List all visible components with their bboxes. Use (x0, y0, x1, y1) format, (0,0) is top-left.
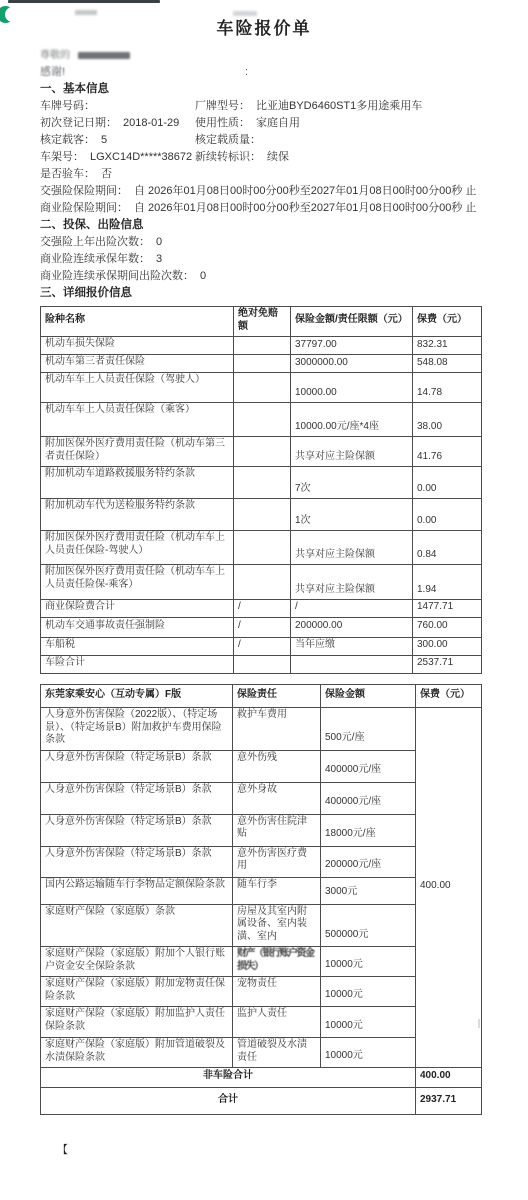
greeting-salutation: 尊敬的 (40, 47, 70, 64)
table-row: 家庭财产保险（家庭版）附加管道破裂及水渍保险条款管道破裂及水渍责任10000元 (41, 1038, 482, 1068)
amount: 共享对应主险保额 (291, 531, 413, 565)
compulsory-period-row: 交强险保险期间： 自 2026年01月08日00时00分00秒至2027年01月… (40, 183, 488, 200)
table-row: 附加医保外医疗费用责任险（机动车车上人员责任保险-驾驶人）共享对应主险保额0.8… (41, 531, 482, 565)
fee: 14.78 (413, 373, 482, 403)
amount: 400000元/座 (321, 782, 416, 814)
non-vehicle-subtotal-row: 非车险合计 400.00 (41, 1068, 482, 1088)
coverage-name: 附加机动车代为送检服务特约条款 (41, 499, 234, 531)
field-label: 交强险上年出险次数： (40, 234, 150, 251)
scan-smudge-bar (8, 0, 160, 3)
col-header-fee: 保费（元） (413, 307, 482, 337)
coverage-name: 车险合计 (41, 656, 234, 674)
deductible: / (234, 618, 291, 638)
field-label: 车架号： (40, 149, 84, 166)
table-row: 人身意外伤害保险（特定场景B）条款意外身故400000元/座 (41, 782, 482, 814)
table-row: 人身意外伤害保险（特定场景B）条款意外伤害医疗费用200000元/座 (41, 846, 482, 877)
table-row: 人身意外伤害保险（特定场景B）条款意外伤残400000元/座 (41, 750, 482, 782)
claims-row: 交强险上年出险次数： 0 (40, 234, 488, 251)
coverage-name: 机动车第三者责任保险 (41, 355, 234, 373)
table-row: 车船税/当年应缴300.00 (41, 638, 482, 656)
field-value: 2018-01-29 (123, 115, 179, 132)
amount: 10000元 (321, 1038, 416, 1068)
field-value: 续保 (267, 149, 289, 166)
commercial-period-row: 商业险保险期间： 自 2026年01月08日00时00分00秒至2027年01月… (40, 200, 488, 217)
field-value: 3 (156, 251, 162, 268)
field-value: 0 (200, 268, 206, 285)
clause-name: 国内公路运输随车行李物品定额保险条款 (41, 877, 233, 904)
scan-smudge-blob (233, 11, 257, 16)
section-quote-detail-title: 三、详细报价信息 (40, 285, 488, 302)
deductible (234, 437, 291, 467)
clause-name: 家庭财产保险（家庭版）条款 (41, 904, 233, 947)
field-label: 初次登记日期： (40, 115, 117, 132)
clause-name: 家庭财产保险（家庭版）附加个人银行账户资金安全保险条款 (41, 947, 233, 977)
table-row: 机动车车上人员责任保险（驾驶人）10000.0014.78 (41, 373, 482, 403)
basic-info-row: 车牌号码： 厂牌型号：比亚迪BYD6460ST1多用途乘用车 (40, 98, 488, 115)
field-value: 自 2026年01月08日00时00分00秒至2027年01月08日00时00分… (134, 183, 476, 200)
field-label: 商业险连续承保期间出险次数： (40, 268, 194, 285)
field-label: 核定载质量： (195, 132, 261, 149)
liability: 意外伤残 (233, 750, 321, 782)
table-row: 家庭财产保险（家庭版）附加宠物责任保险条款宠物责任10000元 (41, 977, 482, 1007)
amount: 18000元/座 (321, 814, 416, 846)
liability: 意外身故 (233, 782, 321, 814)
liability: 随车行李 (233, 877, 321, 904)
fee: 300.00 (413, 638, 482, 656)
fee: 1477.71 (413, 600, 482, 618)
greeting-line: 尊敬的 (40, 47, 488, 64)
liability: 监护人责任 (233, 1007, 321, 1038)
stray-colon: : (245, 64, 248, 81)
amount: 1次 (291, 499, 413, 531)
footer-bracket-mark: 【 (57, 1141, 488, 1157)
table-row: 家庭财产保险（家庭版）附加个人银行账户资金安全保险条款财产（银行账户资金损失）1… (41, 947, 482, 977)
basic-info-row: 初次登记日期：2018-01-29 使用性质：家庭自用 (40, 115, 488, 132)
liability: 房屋及其室内附属设备、室内装潢、室内 (233, 904, 321, 947)
field-label: 是否验车： (40, 166, 95, 183)
table-row: 家庭财产保险（家庭版）条款房屋及其室内附属设备、室内装潢、室内500000元 (41, 904, 482, 947)
col-header-name: 险种名称 (41, 307, 234, 337)
fee: 548.08 (413, 355, 482, 373)
clause-name: 家庭财产保险（家庭版）附加宠物责任保险条款 (41, 977, 233, 1007)
deductible (234, 499, 291, 531)
field-label: 商业险连续承保年数： (40, 251, 150, 268)
clause-name: 人身意外伤害保险（特定场景B）条款 (41, 846, 233, 877)
amount: 共享对应主险保额 (291, 565, 413, 600)
coverage-name: 机动车损失保险 (41, 337, 234, 355)
table-row: 机动车第三者责任保险3000000.00548.08 (41, 355, 482, 373)
amount: 3000000.00 (291, 355, 413, 373)
fee-total-merged: 400.00 (416, 708, 482, 1068)
amount: 10000元 (321, 977, 416, 1007)
amount (291, 656, 413, 674)
scan-smudge-blob (75, 10, 97, 15)
amount: 37797.00 (291, 337, 413, 355)
liability: 意外伤害医疗费用 (233, 846, 321, 877)
deductible (234, 467, 291, 499)
liability: 宠物责任 (233, 977, 321, 1007)
fee: 0.84 (413, 531, 482, 565)
table-row: 国内公路运输随车行李物品定额保险条款随车行李3000元 (41, 877, 482, 904)
liability: 财产（银行账户资金损失） (233, 947, 321, 977)
table-header-row: 东莞家乘安心（互动专属）F版 保险责任 保险金额 保费（元） (41, 685, 482, 708)
section-claims-info-title: 二、投保、出险信息 (40, 217, 488, 234)
amount: 10000.00元/座*4座 (291, 403, 413, 437)
deductible (234, 373, 291, 403)
field-value: 否 (101, 166, 112, 183)
col-header-product: 东莞家乘安心（互动专属）F版 (41, 685, 233, 708)
amount: / (291, 600, 413, 618)
coverage-name: 附加医保外医疗费用责任险（机动车第三者责任保险） (41, 437, 234, 467)
deductible (234, 355, 291, 373)
field-label: 使用性质： (195, 115, 250, 132)
col-header-deductible: 绝对免赔额 (234, 307, 291, 337)
clause-name: 家庭财产保险（家庭版）附加管道破裂及水渍保险条款 (41, 1038, 233, 1068)
coverage-name: 附加医保外医疗费用责任险（机动车车上人员责任险保-乘客） (41, 565, 234, 600)
grand-total-row: 合计 2937.71 (41, 1088, 482, 1115)
deductible (234, 403, 291, 437)
deductible (234, 565, 291, 600)
amount: 10000元 (321, 947, 416, 977)
clause-name: 人身意外伤害保险（2022版）、（特定场景）、（特定场景B）附加救护车费用保险条… (41, 708, 233, 751)
thanks-line: 感谢! : (40, 64, 488, 81)
deductible (234, 656, 291, 674)
table-row: 附加医保外医疗费用责任险（机动车第三者责任保险）共享对应主险保额41.76 (41, 437, 482, 467)
col-header-fee: 保费（元） (416, 685, 482, 708)
fee: 41.76 (413, 437, 482, 467)
scan-artifact (478, 1019, 480, 1028)
subtotal-value: 400.00 (416, 1068, 482, 1088)
fee: 38.00 (413, 403, 482, 437)
table-row: 附加机动车代为送检服务特约条款1次0.00 (41, 499, 482, 531)
coverage-name: 机动车交通事故责任强制险 (41, 618, 234, 638)
green-crescent-icon (0, 6, 14, 23)
table-row: 机动车车上人员责任保险（乘客）10000.00元/座*4座38.00 (41, 403, 482, 437)
table-row: 家庭财产保险（家庭版）附加监护人责任保险条款监护人责任10000元 (41, 1007, 482, 1038)
field-value: 家庭自用 (256, 115, 300, 132)
deductible: / (234, 600, 291, 618)
total-label: 合计 (41, 1088, 416, 1115)
amount: 500000元 (321, 904, 416, 947)
redacted-name (78, 52, 130, 59)
field-value: 0 (156, 234, 162, 251)
clause-name: 人身意外伤害保险（特定场景B）条款 (41, 782, 233, 814)
amount: 200000元/座 (321, 846, 416, 877)
col-header-amount: 保险金额/责任限额（元） (291, 307, 413, 337)
total-value: 2937.71 (416, 1088, 482, 1115)
claims-row: 商业险连续承保年数： 3 (40, 251, 488, 268)
fee: 1.94 (413, 565, 482, 600)
liability: 意外伤害住院津贴 (233, 814, 321, 846)
table-header-row: 险种名称 绝对免赔额 保险金额/责任限额（元） 保费（元） (41, 307, 482, 337)
deductible (234, 337, 291, 355)
coverage-name: 机动车车上人员责任保险（驾驶人） (41, 373, 234, 403)
field-value: LGXC14D*****38672 (90, 149, 192, 166)
coverage-name: 附加医保外医疗费用责任险（机动车车上人员责任保险-驾驶人） (41, 531, 234, 565)
clause-name: 人身意外伤害保险（特定场景B）条款 (41, 750, 233, 782)
liability: 管道破裂及水渍责任 (233, 1038, 321, 1068)
table-row: 附加医保外医疗费用责任险（机动车车上人员责任险保-乘客）共享对应主险保额1.94 (41, 565, 482, 600)
field-label: 车牌号码： (40, 98, 95, 115)
table-row: 附加机动车道路救援服务特约条款7次0.00 (41, 467, 482, 499)
thanks-text: 感谢! (40, 64, 65, 81)
fee: 0.00 (413, 499, 482, 531)
non-vehicle-insurance-table: 东莞家乘安心（互动专属）F版 保险责任 保险金额 保费（元） 人身意外伤害保险（… (40, 684, 482, 1115)
basic-info-row: 核定载客：5 核定载质量： (40, 132, 488, 149)
table-row: 人身意外伤害保险（2022版）、（特定场景）、（特定场景B）附加救护车费用保险条… (41, 708, 482, 751)
field-label: 交强险保险期间： (40, 183, 128, 200)
table-row: 车险合计2537.71 (41, 656, 482, 674)
amount: 7次 (291, 467, 413, 499)
amount: 400000元/座 (321, 750, 416, 782)
coverage-name: 商业保险费合计 (41, 600, 234, 618)
clause-name: 人身意外伤害保险（特定场景B）条款 (41, 814, 233, 846)
vehicle-insurance-table: 险种名称 绝对免赔额 保险金额/责任限额（元） 保费（元） 机动车损失保险377… (40, 306, 482, 674)
fee: 2537.71 (413, 656, 482, 674)
fee: 832.31 (413, 337, 482, 355)
amount: 3000元 (321, 877, 416, 904)
section-basic-info-title: 一、基本信息 (40, 81, 488, 98)
liability: 救护车费用 (233, 708, 321, 751)
field-value: 比亚迪BYD6460ST1多用途乘用车 (256, 98, 422, 115)
deductible: / (234, 638, 291, 656)
field-value: 5 (101, 132, 107, 149)
amount: 200000.00 (291, 618, 413, 638)
insurance-quote-document: 车险报价单 尊敬的 感谢! : 一、基本信息 车牌号码： 厂牌型号：比亚迪BYD… (0, 0, 528, 1200)
amount: 10000元 (321, 1007, 416, 1038)
basic-info-row: 车架号：LGXC14D*****38672 新续转标识：续保 (40, 149, 488, 166)
field-label: 厂牌型号： (195, 98, 250, 115)
coverage-name: 附加机动车道路救援服务特约条款 (41, 467, 234, 499)
amount: 10000.00 (291, 373, 413, 403)
deductible (234, 531, 291, 565)
table-row: 人身意外伤害保险（特定场景B）条款意外伤害住院津贴18000元/座 (41, 814, 482, 846)
page-title: 车险报价单 (40, 14, 488, 39)
amount: 共享对应主险保额 (291, 437, 413, 467)
fee: 760.00 (413, 618, 482, 638)
coverage-name: 车船税 (41, 638, 234, 656)
clause-name: 家庭财产保险（家庭版）附加监护人责任保险条款 (41, 1007, 233, 1038)
amount: 500元/座 (321, 708, 416, 751)
col-header-amount: 保险金额 (321, 685, 416, 708)
subtotal-label: 非车险合计 (41, 1068, 416, 1088)
field-label: 核定载客： (40, 132, 95, 149)
field-label: 商业险保险期间： (40, 200, 128, 217)
coverage-name: 机动车车上人员责任保险（乘客） (41, 403, 234, 437)
field-label: 新续转标识： (195, 149, 261, 166)
fee: 0.00 (413, 467, 482, 499)
claims-row: 商业险连续承保期间出险次数： 0 (40, 268, 488, 285)
field-value: 自 2026年01月08日00时00分00秒至2027年01月08日00时00分… (134, 200, 476, 217)
inspection-row: 是否验车： 否 (40, 166, 488, 183)
table-row: 机动车损失保险37797.00832.31 (41, 337, 482, 355)
table-row: 机动车交通事故责任强制险/200000.00760.00 (41, 618, 482, 638)
col-header-liability: 保险责任 (233, 685, 321, 708)
table-row: 商业保险费合计//1477.71 (41, 600, 482, 618)
amount: 当年应缴 (291, 638, 413, 656)
